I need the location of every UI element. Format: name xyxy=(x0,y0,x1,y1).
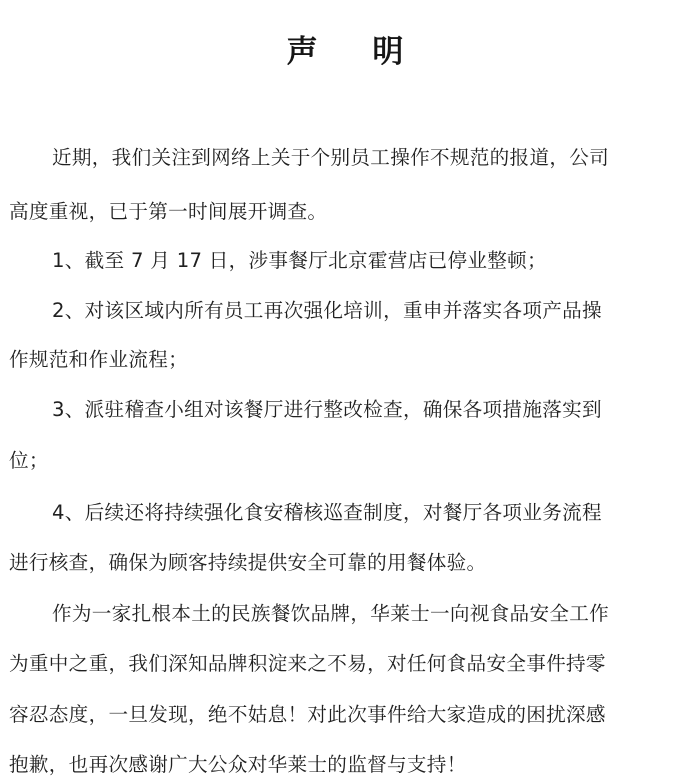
intro-line-1: 近期，我们关注到网络上关于个别员工操作不规范的报道，公司 xyxy=(52,143,690,173)
item-4-line-1: 4、后续还将持续强化食安稽核巡查制度，对餐厅各项业务流程 xyxy=(52,498,690,528)
document-title: 声 明 xyxy=(0,32,690,72)
item-2-line-1: 2、对该区域内所有员工再次强化培训，重申并落实各项产品操 xyxy=(52,296,690,326)
item-3-line-2: 位； xyxy=(9,446,689,476)
item-3-line-1: 3、派驻稽查小组对该餐厅进行整改检查，确保各项措施落实到 xyxy=(52,395,690,425)
intro-line-2: 高度重视，已于第一时间展开调查。 xyxy=(9,197,689,227)
item-2-line-2: 作规范和作业流程； xyxy=(9,345,689,375)
item-4-line-2: 进行核查，确保为顾客持续提供安全可靠的用餐体验。 xyxy=(9,548,689,578)
statement-document: 声 明 近期，我们关注到网络上关于个别员工操作不规范的报道，公司 高度重视，已于… xyxy=(0,0,690,783)
closing-line-4: 抱歉，也再次感谢广大公众对华莱士的监督与支持！ xyxy=(9,750,689,780)
closing-line-2: 为重中之重，我们深知品牌积淀来之不易，对任何食品安全事件持零 xyxy=(9,649,689,679)
item-1-line-1: 1、截至 7 月 17 日，涉事餐厅北京霍营店已停业整顿； xyxy=(52,246,690,276)
closing-line-3: 容忍态度，一旦发现，绝不姑息！对此次事件给大家造成的困扰深感 xyxy=(9,700,689,730)
closing-line-1: 作为一家扎根本土的民族餐饮品牌，华莱士一向视食品安全工作 xyxy=(52,599,690,629)
